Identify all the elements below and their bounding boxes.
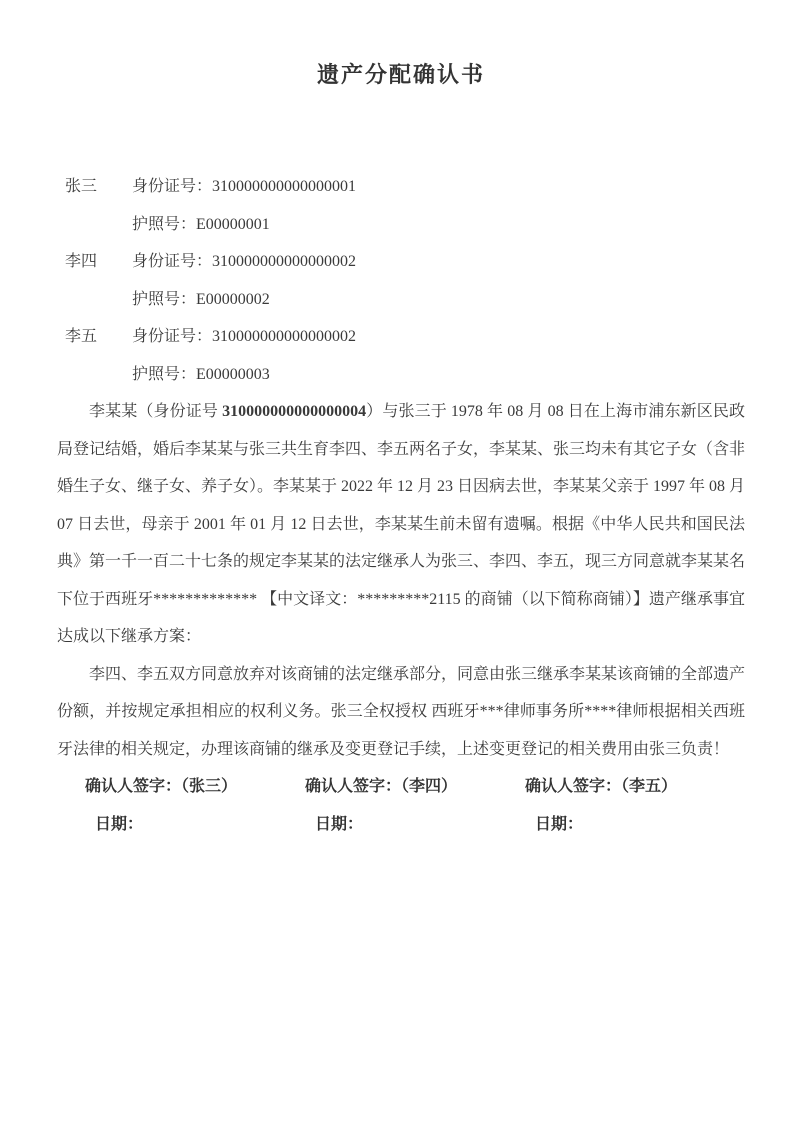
- id-label: 身份证号：: [132, 253, 212, 270]
- document-page: 遗产分配确认书 张三身份证号：310000000000000001 护照号：E0…: [0, 0, 800, 1123]
- party-name: 李四: [65, 243, 132, 281]
- signature-label: 确认人签字：（李五）: [525, 768, 745, 806]
- id-number: 310000000000000001: [212, 178, 356, 195]
- passport-label: 护照号：: [132, 216, 196, 233]
- parties-section: 张三身份证号：310000000000000001 护照号：E00000001 …: [57, 168, 745, 393]
- id-label: 身份证号：: [132, 328, 212, 345]
- passport-number: E00000001: [196, 216, 270, 233]
- paragraph-background: 李某某（身份证号 310000000000000004）与张三于 1978 年 …: [57, 393, 745, 656]
- signature-column: 确认人签字：（李五） 日期：: [525, 768, 745, 843]
- paragraph-background-rest: ）与张三于 1978 年 08 月 08 日在上海市浦东新区民政局登记结婚，婚后…: [57, 403, 745, 645]
- id-number: 310000000000000002: [212, 253, 356, 270]
- date-label: 日期：: [525, 806, 745, 844]
- date-label: 日期：: [305, 806, 525, 844]
- paragraph-background-lead: 李某某（身份证号: [89, 403, 222, 420]
- party-row: 李四身份证号：310000000000000002: [57, 243, 745, 281]
- party-row: 护照号：E00000002: [57, 281, 745, 319]
- id-label: 身份证号：: [132, 178, 212, 195]
- bold-id-number: 310000000000000004: [222, 403, 366, 420]
- party-row: 护照号：E00000001: [57, 206, 745, 244]
- party-name: 李五: [65, 318, 132, 356]
- signature-column: 确认人签字：（张三） 日期：: [85, 768, 305, 843]
- id-number: 310000000000000002: [212, 328, 356, 345]
- passport-label: 护照号：: [132, 291, 196, 308]
- signature-block: 确认人签字：（张三） 日期： 确认人签字：（李四） 日期： 确认人签字：（李五）…: [85, 768, 745, 843]
- party-row: 护照号：E00000003: [57, 356, 745, 394]
- party-row: 李五身份证号：310000000000000002: [57, 318, 745, 356]
- signature-column: 确认人签字：（李四） 日期：: [305, 768, 525, 843]
- document-title: 遗产分配确认书: [57, 60, 745, 90]
- date-label: 日期：: [85, 806, 305, 844]
- passport-label: 护照号：: [132, 366, 196, 383]
- passport-number: E00000002: [196, 291, 270, 308]
- passport-number: E00000003: [196, 366, 270, 383]
- signature-label: 确认人签字：（张三）: [85, 768, 305, 806]
- party-row: 张三身份证号：310000000000000001: [57, 168, 745, 206]
- party-name: 张三: [65, 168, 132, 206]
- paragraph-inheritance-plan: 李四、李五双方同意放弃对该商铺的法定继承部分，同意由张三继承李某某该商铺的全部遗…: [57, 656, 745, 769]
- signature-label: 确认人签字：（李四）: [305, 768, 525, 806]
